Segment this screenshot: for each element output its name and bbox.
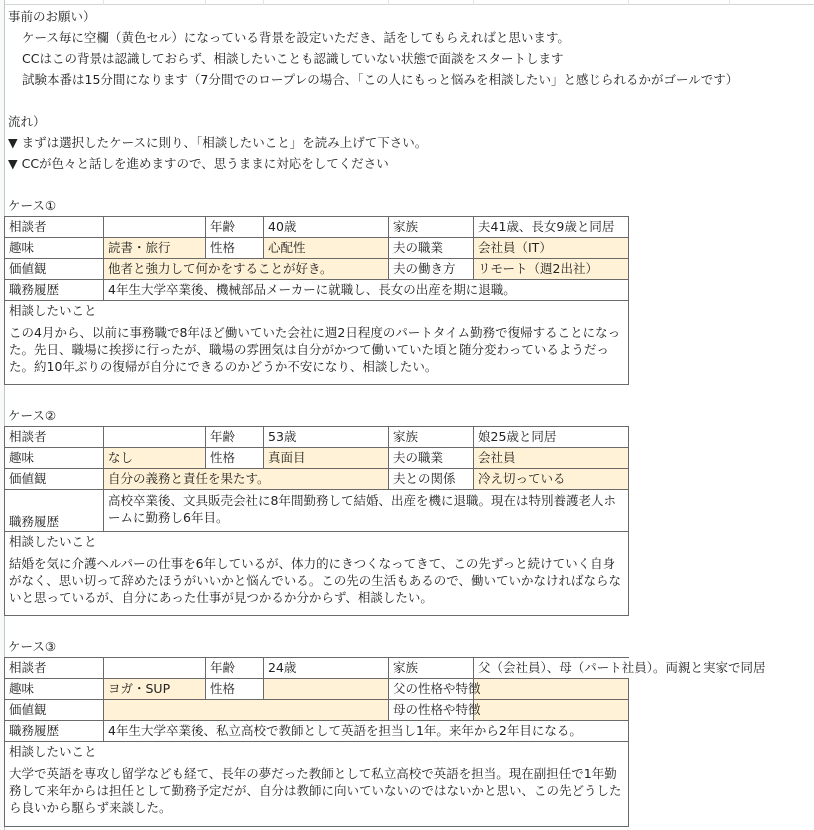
age-value[interactable]: 24歳 <box>263 657 389 679</box>
flow-heading: 流れ） <box>8 112 46 132</box>
husband-relation-value[interactable]: 冷え切っている <box>473 468 629 490</box>
consult-text: 大学で英語を専攻し留学なども経て、長年の夢だった教師として私立高校で英語を担当。… <box>9 765 624 816</box>
consult-text: この4月から、以前に事務職で8年ほど働いていた会社に週2日程度のパートタイム勤務… <box>9 324 624 375</box>
column-divider[interactable] <box>729 0 730 5</box>
values-value[interactable]: 他者と強力して何かをすることが好き。 <box>103 258 389 280</box>
father-traits-value[interactable] <box>473 678 629 700</box>
intro-heading: 事前のお願い） <box>8 7 96 27</box>
husband-workstyle-value[interactable]: リモート（週2出社） <box>473 258 629 280</box>
intro-line: 試験本番は15分間になります（7分間でのロープレの場合、「この人にもっと悩みを相… <box>22 70 738 90</box>
career-value[interactable]: 高校卒業後、文具販売会社に8年間勤務して結婚、出産を機に退職。現在は特別養護老人… <box>103 489 629 532</box>
career-value[interactable]: 4年生大学卒業後、機械部品メーカーに就職し、長女の出産を期に退職。 <box>103 279 629 301</box>
career-value[interactable]: 4年生大学卒業後、私立高校で教師として英語を担当し1年。来年から2年目になる。 <box>103 720 629 742</box>
case-title: ケース① <box>8 196 56 216</box>
consult-cell[interactable]: 相談したいこと 大学で英語を専攻し留学なども経て、長年の夢だった教師として私立高… <box>4 741 629 827</box>
case-title: ケース③ <box>8 637 56 657</box>
column-divider[interactable] <box>473 0 474 5</box>
label-values[interactable]: 価値観 <box>4 258 104 280</box>
label-hobby[interactable]: 趣味 <box>4 678 104 700</box>
label-husband-workstyle[interactable]: 夫の働き方 <box>388 258 474 280</box>
hobby-value[interactable]: 読書・旅行 <box>103 237 206 259</box>
client-value[interactable] <box>103 216 206 238</box>
values-value[interactable] <box>103 699 389 721</box>
column-divider[interactable] <box>388 0 389 5</box>
client-value[interactable] <box>103 657 206 679</box>
label-mother-traits[interactable]: 母の性格や特徴 <box>388 699 474 721</box>
values-value[interactable]: 自分の義務と責任を果たす。 <box>103 468 389 490</box>
flow-line: ▼ まずは選択したケースに則り、「相談したいこと」を読み上げて下さい。 <box>8 133 427 153</box>
hobby-value[interactable]: ヨガ・SUP <box>103 678 206 700</box>
label-client[interactable]: 相談者 <box>4 426 104 448</box>
consult-cell[interactable]: 相談したいこと 結婚を気に介護ヘルパーの仕事を6年しているが、体力的にきつくなっ… <box>4 531 629 616</box>
personality-value[interactable]: 心配性 <box>263 237 389 259</box>
label-career[interactable]: 職務履歴 <box>4 720 104 742</box>
label-hobby[interactable]: 趣味 <box>4 237 104 259</box>
label-personality[interactable]: 性格 <box>205 237 264 259</box>
column-divider[interactable] <box>103 0 104 5</box>
age-value[interactable]: 40歳 <box>263 216 389 238</box>
label-career[interactable]: 職務履歴 <box>4 489 104 532</box>
client-value[interactable] <box>103 426 206 448</box>
husband-job-value[interactable]: 会社員（IT） <box>473 237 629 259</box>
label-client[interactable]: 相談者 <box>4 657 104 679</box>
label-age[interactable]: 年齢 <box>205 216 264 238</box>
flow-line: ▼ CCが色々と話しを進めますので、思うままに対応をしてください <box>8 154 389 174</box>
label-age[interactable]: 年齢 <box>205 426 264 448</box>
label-consult: 相談したいこと <box>9 742 624 761</box>
label-consult: 相談したいこと <box>9 532 624 551</box>
family-value[interactable]: 父（会社員）、母（パート社員）。両親と実家で同居 <box>473 657 629 679</box>
label-family[interactable]: 家族 <box>388 657 474 679</box>
label-husband-relation[interactable]: 夫との関係 <box>388 468 474 490</box>
label-father-traits[interactable]: 父の性格や特徴 <box>388 678 474 700</box>
label-husband-job[interactable]: 夫の職業 <box>388 447 474 469</box>
column-divider[interactable] <box>205 0 206 5</box>
intro-line: ケース毎に空欄（黄色セル）になっている背景を設定いただき、話をしてもらえればと思… <box>22 28 570 48</box>
label-family[interactable]: 家族 <box>388 216 474 238</box>
family-value[interactable]: 夫41歳、長女9歳と同居 <box>473 216 629 238</box>
consult-text: 結婚を気に介護ヘルパーの仕事を6年しているが、体力的にきつくなってきて、この先ず… <box>9 555 624 606</box>
column-divider[interactable] <box>628 0 629 5</box>
personality-value[interactable] <box>263 678 389 700</box>
label-hobby[interactable]: 趣味 <box>4 447 104 469</box>
label-age[interactable]: 年齢 <box>205 657 264 679</box>
personality-value[interactable]: 真面目 <box>263 447 389 469</box>
label-career[interactable]: 職務履歴 <box>4 279 104 301</box>
label-career-text: 職務履歴 <box>9 512 59 531</box>
column-header-strip <box>0 0 814 5</box>
mother-traits-value[interactable] <box>473 699 629 721</box>
intro-line: CCはこの背景は認識しておらず、相談したいことも認識していない状態で面談をスター… <box>22 49 563 69</box>
husband-job-value[interactable]: 会社員 <box>473 447 629 469</box>
case-title: ケース② <box>8 406 56 426</box>
label-values[interactable]: 価値観 <box>4 699 104 721</box>
label-personality[interactable]: 性格 <box>205 447 264 469</box>
label-values[interactable]: 価値観 <box>4 468 104 490</box>
hobby-value[interactable]: なし <box>103 447 206 469</box>
family-value[interactable]: 娘25歳と同居 <box>473 426 629 448</box>
column-divider[interactable] <box>263 0 264 5</box>
consult-cell[interactable]: 相談したいこと この4月から、以前に事務職で8年ほど働いていた会社に週2日程度の… <box>4 300 629 385</box>
label-client[interactable]: 相談者 <box>4 216 104 238</box>
label-consult: 相談したいこと <box>9 301 624 320</box>
age-value[interactable]: 53歳 <box>263 426 389 448</box>
label-family[interactable]: 家族 <box>388 426 474 448</box>
label-husband-job[interactable]: 夫の職業 <box>388 237 474 259</box>
label-personality[interactable]: 性格 <box>205 678 264 700</box>
